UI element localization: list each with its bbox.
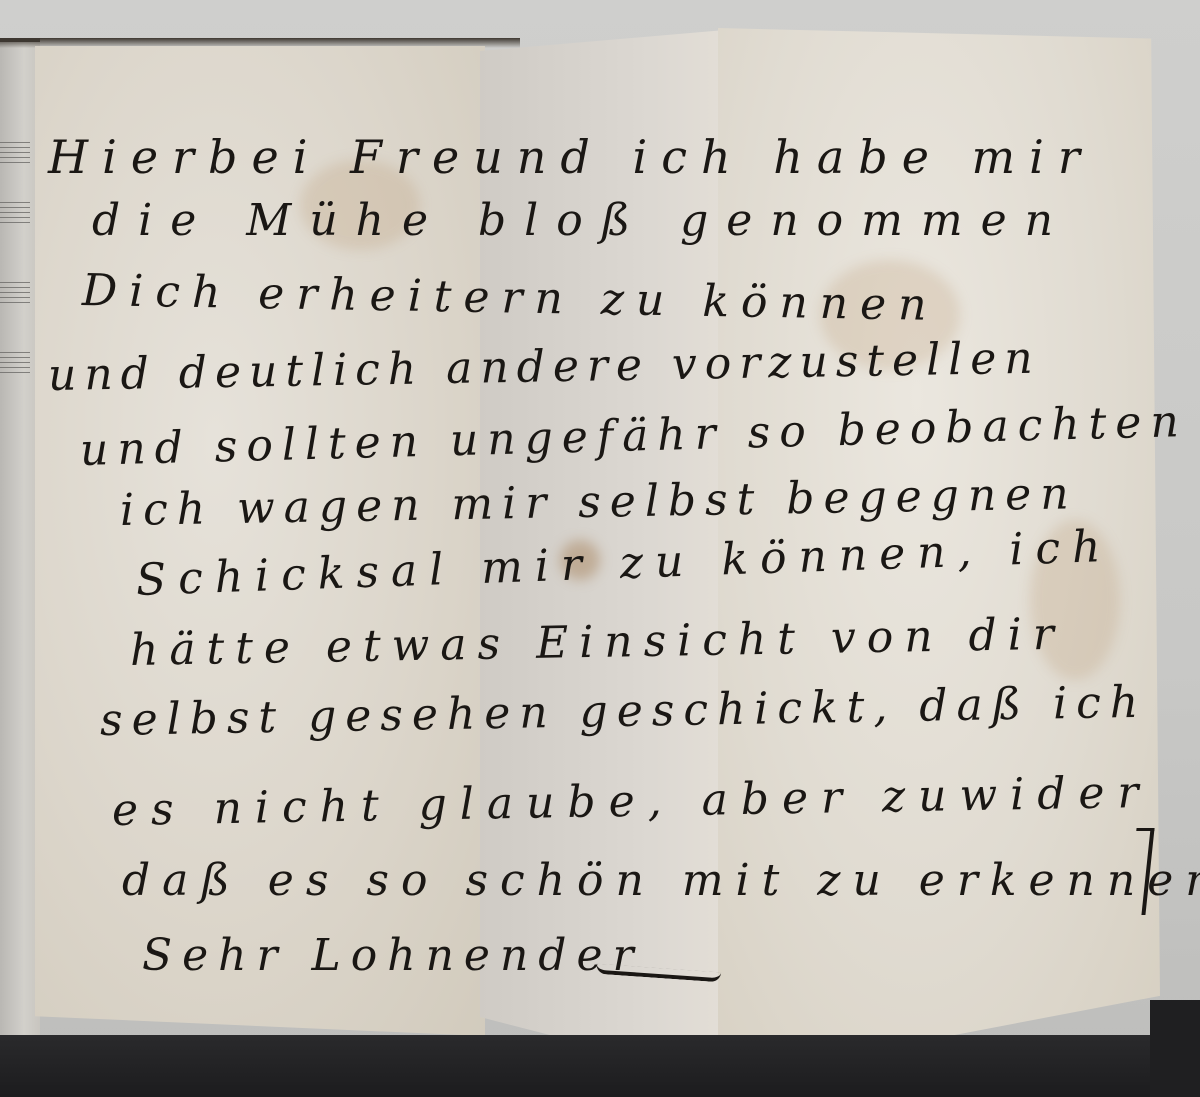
letter-body: Hierbei Freund ich habe mir die Mühe blo… bbox=[0, 0, 1200, 1097]
letter-line: hätte etwas Einsicht von dir bbox=[130, 609, 1066, 676]
letter-line: selbst gesehen geschickt, daß ich bbox=[100, 677, 1148, 746]
letter-line: ich wagen mir selbst begegnen bbox=[120, 468, 1078, 536]
dark-cloth-surface bbox=[0, 1035, 1200, 1097]
dark-cloth-surface bbox=[1150, 1000, 1200, 1097]
letter-line: es nicht glaube, aber zuwider bbox=[112, 767, 1152, 836]
letter-line: daß es so schön mit zu erkennen bbox=[122, 855, 1200, 906]
letter-line: die Mühe bloß genommen bbox=[92, 195, 1071, 246]
letter-line: Hierbei Freund ich habe mir bbox=[48, 130, 1094, 184]
signature: Sehr Lohnender bbox=[142, 930, 644, 981]
letter-line: Dich erheitern zu können bbox=[82, 265, 939, 331]
letter-line: Schicksal mir zu können, ich bbox=[135, 521, 1113, 606]
letter-line: und deutlich andere vorzustellen bbox=[48, 333, 1041, 401]
letter-line: und sollten ungefähr so beobachten bbox=[79, 396, 1188, 476]
